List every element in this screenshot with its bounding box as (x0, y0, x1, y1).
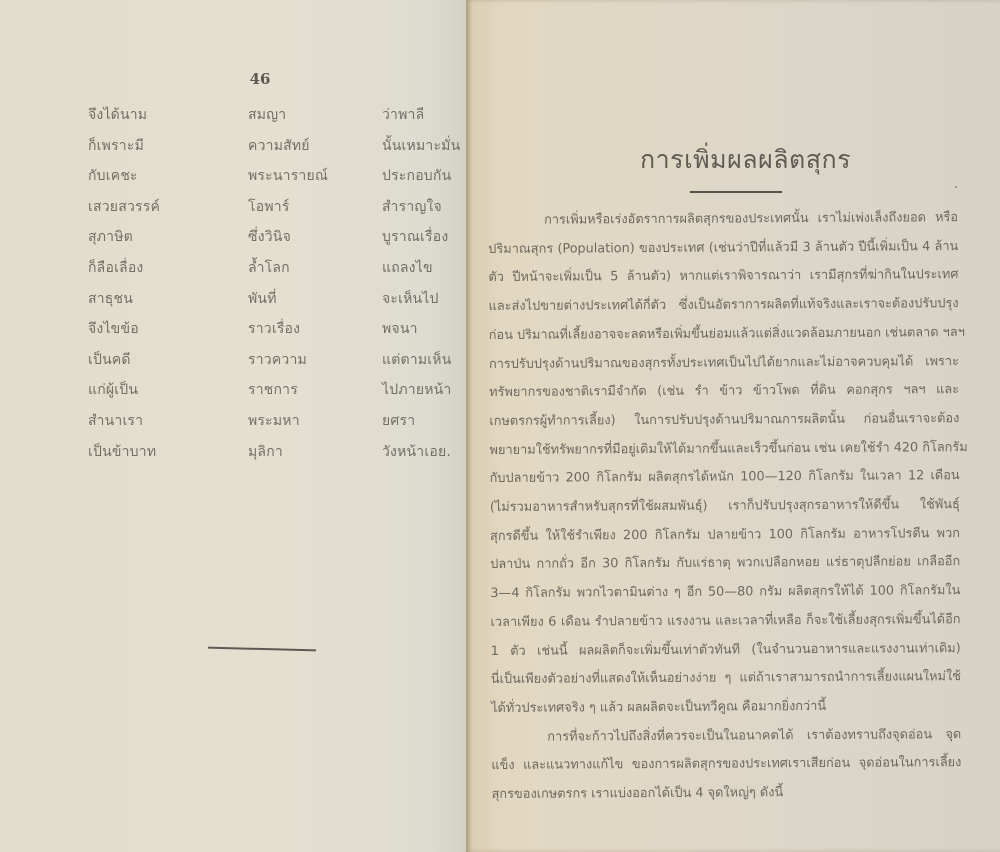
poem-row: สำนาเราพระมหายศรา (88, 410, 458, 441)
text-line: และส่งไปขายต่างประเทศได้กี่ตัว ซึ่งเป็นอ… (489, 290, 959, 322)
poem-verse-segment: ประกอบกัน (382, 165, 468, 196)
poem-verse-segment: พระมหา (248, 410, 388, 441)
poem-row: เป็นคดีราวความแต่ตามเห็น (88, 349, 458, 380)
poem-verse-segment: เสวยสวรรค์ (88, 196, 248, 227)
poem-verse-segment: สมญา (248, 104, 388, 135)
poem-row: สาธุชนพันที่จะเห็นไป (88, 288, 458, 319)
poem-verse-segment: ล้ำโลก (248, 257, 388, 288)
poem-row: กับเคชะพระนารายณ์ประกอบกัน (88, 165, 458, 196)
poem-verse-segment: ก็เพราะมี (88, 135, 248, 166)
text-line: เวลาเพียง 6 เดือน รำปลายข้าว แรงงาน และเ… (490, 606, 960, 638)
text-line: 3—4 กิโลกรัม พวกไวตามินต่าง ๆ อีก 50—80 … (490, 577, 960, 609)
poem-verse-segment: แก่ผู้เป็น (88, 379, 248, 410)
text-line: สุกรของเกษตรกร เราแบ่งออกได้เป็น 4 จุดให… (492, 778, 962, 810)
body-text: การเพิ่มหรือเร่งอัตราการผลิตสุกรของประเท… (488, 204, 962, 810)
text-line: ตัว ปีหน้าจะเพิ่มเป็น 5 ล้านตัว) หากแต่เ… (488, 262, 958, 294)
paper-speck (955, 186, 957, 188)
poem-verse-segment: ราวเรื่อง (248, 318, 388, 349)
poem-verse-segment: พจนา (382, 318, 468, 349)
poem-verse-segment: เป็นข้าบาท (88, 441, 248, 472)
poem-verse-segment: สาธุชน (88, 288, 248, 319)
page-number: 46 (240, 70, 280, 88)
poem-verse-segment: จึงไขข้อ (88, 318, 248, 349)
poem-verse-segment: ยศรา (382, 410, 468, 441)
text-line: การปรับปรุงด้านปริมาณของสุกรทั้งประเทศเป… (489, 348, 959, 380)
poem-verse-segment: ความสัทย์ (248, 135, 388, 166)
poem-verse-segment: แถลงไข (382, 257, 468, 288)
paragraph: การเพิ่มหรือเร่งอัตราการผลิตสุกรของประเท… (488, 204, 961, 724)
poem-verse-segment: นั้นเหมาะมั่น (382, 135, 468, 166)
text-line: ปลาป่น กากถั่ว อีก 30 กิโลกรัม กับแร่ธาต… (490, 549, 960, 581)
poem-verse-segment: กับเคชะ (88, 165, 248, 196)
left-page: 46 จึงได้นามสมญาว่าพาลีก็เพราะมีความสัทย… (0, 0, 466, 852)
poem-row: เป็นข้าบาทมุลิกาวังหน้าเอย. (88, 441, 458, 472)
poem-row: ก็เพราะมีความสัทย์นั้นเหมาะมั่น (88, 135, 458, 166)
poem-verse-segment: ราวความ (248, 349, 388, 380)
poem-block: จึงได้นามสมญาว่าพาลีก็เพราะมีความสัทย์นั… (88, 104, 458, 471)
text-line: พยายามใช้ทรัพยากรที่มีอยู่เดิมให้ได้มากข… (489, 434, 959, 466)
poem-verse-segment: จะเห็นไป (382, 288, 468, 319)
poem-row: สุภาษิตซึ่งวินิจบูราณเรื่อง (88, 226, 458, 257)
poem-row: เสวยสวรรค์โอพาร์สำราญใจ (88, 196, 458, 227)
poem-verse-segment: ราชการ (248, 379, 388, 410)
poem-verse-segment: แต่ตามเห็น (382, 349, 468, 380)
text-line: 1 ตัว เช่นนี้ ผลผลิตก็จะเพิ่มขึ้นเท่าตัว… (491, 635, 961, 667)
poem-verse-segment: เป็นคดี (88, 349, 248, 380)
open-book-spread: 46 จึงได้นามสมญาว่าพาลีก็เพราะมีความสัทย… (0, 0, 1000, 852)
text-line: สุกรดีขึ้น ให้ใช้รำเพียง 200 กิโลกรัม ปล… (490, 520, 960, 552)
poem-row: จึงได้นามสมญาว่าพาลี (88, 104, 458, 135)
text-line: การเพิ่มหรือเร่งอัตราการผลิตสุกรของประเท… (488, 204, 958, 236)
paragraph: การที่จะก้าวไปถึงสิ่งที่ควรจะเป็นในอนาคต… (491, 721, 962, 810)
text-line: ก่อน ปริมาณที่เลี้ยงอาจจะลดหรือเพิ่มขึ้น… (489, 319, 959, 351)
end-divider-rule (208, 647, 316, 652)
poem-verse-segment: โอพาร์ (248, 196, 388, 227)
text-line: ได้ทั่วประเทศจริง ๆ แล้ว ผลผลิตจะเป็นทวี… (491, 692, 961, 724)
title-underline-rule (690, 191, 782, 193)
text-line: เกษตรกรผู้ทำการเลี้ยง) ในการปรับปรุงด้าน… (489, 405, 959, 437)
poem-row: จึงไขข้อราวเรื่องพจนา (88, 318, 458, 349)
poem-verse-segment: สำนาเรา (88, 410, 248, 441)
poem-verse-segment: พระนารายณ์ (248, 165, 388, 196)
text-line: การที่จะก้าวไปถึงสิ่งที่ควรจะเป็นในอนาคต… (491, 721, 961, 753)
poem-verse-segment: สุภาษิต (88, 226, 248, 257)
poem-verse-segment: บูราณเรื่อง (382, 226, 468, 257)
poem-verse-segment: วังหน้าเอย. (382, 441, 468, 472)
poem-verse-segment: ว่าพาลี (382, 104, 468, 135)
text-line: แข็ง และแนวทางแก้ไข ของการผลิตสุกรของประ… (491, 749, 961, 781)
poem-verse-segment: มุลิกา (248, 441, 388, 472)
poem-verse-segment: ไปภายหน้า (382, 379, 468, 410)
text-line: (ไม่รวมอาหารสำหรับสุกรที่ใช้ผสมพันธุ์) เ… (490, 491, 960, 523)
poem-verse-segment: ซึ่งวินิจ (248, 226, 388, 257)
text-line: นี่เป็นเพียงตัวอย่างที่แสดงให้เห็นอย่างง… (491, 663, 961, 695)
poem-verse-segment: ก็ลือเลื่อง (88, 257, 248, 288)
chapter-title: การเพิ่มผลผลิตสุกร (640, 140, 851, 180)
text-line: ทรัพยากรของชาติเรามีจำกัด (เช่น รำ ข้าว … (489, 376, 959, 408)
text-line: กับปลายข้าว 200 กิโลกรัม ผลิตสุกรได้หนัก… (490, 462, 960, 494)
poem-verse-segment: สำราญใจ (382, 196, 468, 227)
poem-verse-segment: พันที่ (248, 288, 388, 319)
text-line: ปริมาณสุกร (Population) ของประเทศ (เช่นว… (488, 233, 958, 265)
poem-verse-segment: จึงได้นาม (88, 104, 248, 135)
poem-row: แก่ผู้เป็นราชการไปภายหน้า (88, 379, 458, 410)
poem-row: ก็ลือเลื่องล้ำโลกแถลงไข (88, 257, 458, 288)
